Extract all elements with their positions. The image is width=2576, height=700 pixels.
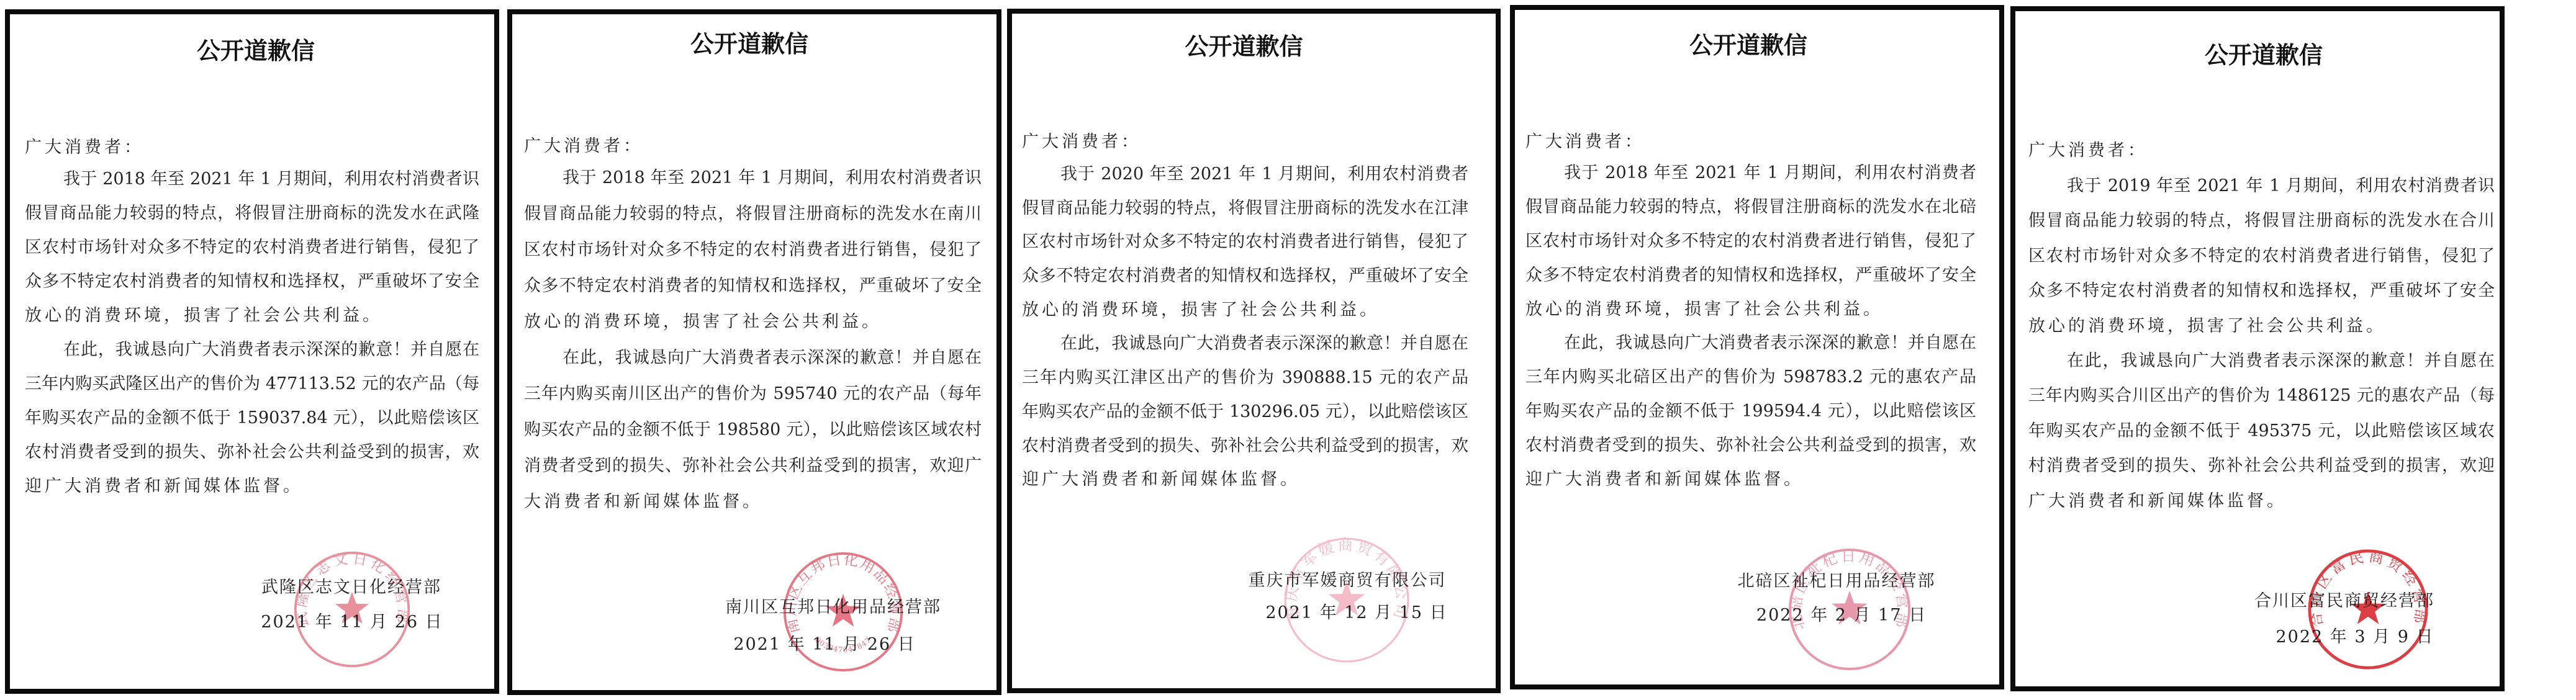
- body-line: 我于 2020 年至 2021 年 1 月期间，利用农村消费者识别: [1022, 158, 1468, 192]
- apology-letter-wulong: 公开道歉信 广大消费者： 我于 2018 年至 2021 年 1 月期间，利用农…: [5, 9, 499, 694]
- letter-title: 公开道歉信: [507, 29, 992, 60]
- body-line: 广大消费者和新闻媒体监督。: [2028, 484, 2495, 519]
- body-line: 迎广大消费者和新闻媒体监督。: [25, 469, 479, 503]
- body-line: 三年内购买合川区出产的售价为 1486125 元的惠农产品（每: [2028, 379, 2495, 413]
- seal-text: 重庆市军媛商贸有限公司: [1283, 536, 1411, 623]
- paragraph-2: 在此，我诚恳向广大消费者表示深深的歉意！并自愿在 三年内购买江津区出产的售价为 …: [1022, 327, 1468, 496]
- company-seal: 北碚区祉杞日用品经营部: [1787, 547, 1912, 671]
- body-line: 迎广大消费者和新闻媒体监督。: [1525, 463, 1976, 497]
- company-seal: 重庆市军媛商贸有限公司: [1283, 536, 1411, 664]
- body-line: 在此，我诚恳向广大消费者表示深深的歉意！并自愿在: [1525, 326, 1976, 361]
- body-line: 众多不特定农村消费者的知情权和选择权，严重破坏了安全: [25, 264, 479, 298]
- body-line: 农村消费者受到的损失、弥补社会公共利益受到的损害，欢: [1525, 429, 1976, 463]
- body-line: 三年内购买北碚区出产的售价为 598783.2 元的惠农产品（每: [1525, 361, 1976, 395]
- letter-body: 我于 2020 年至 2021 年 1 月期间，利用农村消费者识别 假冒商品能力…: [1022, 158, 1468, 497]
- body-line: 众多不特定农村消费者的知情权和选择权，严重破坏了安全: [524, 268, 982, 304]
- paragraph-1: 我于 2020 年至 2021 年 1 月期间，利用农村消费者识别 假冒商品能力…: [1022, 158, 1468, 327]
- paragraph-2: 在此，我诚恳向广大消费者表示深深的歉意！并自愿在 三年内购买南川区出产的售价为 …: [524, 340, 982, 520]
- body-line: 假冒商品能力较弱的特点，将假冒注册商标的洗发水在南川: [524, 196, 982, 232]
- body-line: 假冒商品能力较弱的特点，将假冒注册商标的洗发水在北碚: [1525, 191, 1976, 225]
- company-seal: 南川区互邦日化用品经营部 003847047847: [782, 551, 904, 673]
- apology-letter-nanchuan: 公开道歉信 广大消费者： 我于 2018 年至 2021 年 1 月期间，利用农…: [507, 9, 1001, 695]
- body-line: 假冒商品能力较弱的特点，将假冒注册商标的洗发水在江津: [1022, 192, 1468, 226]
- body-line: 我于 2018 年至 2021 年 1 月期间，利用农村消费者识别: [1525, 156, 1976, 191]
- body-line: 年购买农产品的金额不低于 130296.05 元），以此赔偿该区域: [1022, 395, 1468, 429]
- body-line: 农村消费者受到的损失、弥补社会公共利益受到的损害，欢: [25, 435, 479, 469]
- body-line: 我于 2019 年至 2021 年 1 月期间，利用农村消费者识别: [2028, 169, 2495, 204]
- body-line: 放心的消费环境，损害了社会公共利益。: [1022, 294, 1468, 328]
- body-line: 我于 2018 年至 2021 年 1 月期间，利用农村消费者识别: [25, 162, 479, 196]
- letter-greeting: 广大消费者：: [1022, 125, 1141, 159]
- letter-greeting: 广大消费者：: [2028, 133, 2148, 168]
- body-line: 大消费者和新闻媒体监督。: [524, 484, 982, 520]
- body-line: 三年内购买武隆区出产的售价为 477113.52 元的农产品（每: [25, 367, 479, 401]
- body-line: 消费者受到的损失、弥补社会公共利益受到的损害，欢迎广: [524, 448, 982, 484]
- seal-text-arc: 南川区互邦日化用品经营部: [782, 551, 904, 635]
- seal-text-arc: 北碚区祉杞日用品经营部: [1787, 547, 1912, 632]
- letter-greeting: 广大消费者：: [524, 128, 643, 164]
- body-line: 我于 2018 年至 2021 年 1 月期间，利用农村消费者识别: [524, 160, 982, 196]
- body-line: 假冒商品能力较弱的特点，将假冒注册商标的洗发水在武隆: [25, 196, 479, 230]
- seal-code: 003847047847: [813, 635, 873, 654]
- letter-body: 我于 2018 年至 2021 年 1 月期间，利用农村消费者识别 假冒商品能力…: [1525, 156, 1976, 497]
- letter-title: 公开道歉信: [1510, 30, 1991, 61]
- paragraph-2: 在此，我诚恳向广大消费者表示深深的歉意！并自愿在 三年内购买北碚区出产的售价为 …: [1525, 326, 1976, 496]
- body-line: 三年内购买南川区出产的售价为 595740 元的农产品（每年: [524, 376, 982, 412]
- body-line: 放心的消费环境，损害了社会公共利益。: [1525, 293, 1976, 327]
- body-line: 购买农产品的金额不低于 198580 元），以此赔偿该区域农村: [524, 412, 982, 448]
- body-line: 放心的消费环境，损害了社会公共利益。: [524, 304, 982, 340]
- body-line: 放心的消费环境，损害了社会公共利益。: [2028, 309, 2495, 344]
- paragraph-1: 我于 2018 年至 2021 年 1 月期间，利用农村消费者识别 假冒商品能力…: [1525, 156, 1976, 326]
- body-line: 在此，我诚恳向广大消费者表示深深的歉意！并自愿在: [25, 333, 479, 367]
- body-line: 年购买农产品的金额不低于 199594.4 元），以此赔偿该区域: [1525, 395, 1976, 429]
- body-line: 区农村市场针对众多不特定的农村消费者进行销售，侵犯了: [25, 230, 479, 264]
- letter-body: 我于 2018 年至 2021 年 1 月期间，利用农村消费者识别 假冒商品能力…: [25, 162, 479, 503]
- seal-text: 南川区互邦日化用品经营部: [782, 551, 904, 635]
- body-line: 区农村市场针对众多不特定的农村消费者进行销售，侵犯了: [524, 232, 982, 268]
- body-line: 村消费者受到的损失、弥补社会公共利益受到的损害，欢迎: [2028, 449, 2495, 483]
- body-line: 众多不特定农村消费者的知情权和选择权，严重破坏了安全: [1022, 259, 1468, 294]
- body-line: 农村消费者受到的损失、弥补社会公共利益受到的损害，欢: [1022, 429, 1468, 464]
- body-line: 区农村市场针对众多不特定的农村消费者进行销售，侵犯了: [1022, 225, 1468, 259]
- body-line: 年购买农产品的金额不低于 159037.84 元），以此赔偿该区域: [25, 401, 479, 435]
- body-line: 三年内购买江津区出产的售价为 390888.15 元的农产品（每: [1022, 361, 1468, 395]
- paragraph-2: 在此，我诚恳向广大消费者表示深深的歉意！并自愿在 三年内购买武隆区出产的售价为 …: [25, 333, 479, 503]
- letter-title: 公开道歉信: [1007, 31, 1486, 62]
- body-line: 众多不特定农村消费者的知情权和选择权，严重破坏了安全: [2028, 274, 2495, 308]
- apology-letter-hechuan: 公开道歉信 广大消费者： 我于 2019 年至 2021 年 1 月期间，利用农…: [2010, 6, 2505, 691]
- body-line: 区农村市场针对众多不特定的农村消费者进行销售，侵犯了: [2028, 239, 2495, 274]
- letter-body: 我于 2019 年至 2021 年 1 月期间，利用农村消费者识别 假冒商品能力…: [2028, 169, 2495, 519]
- seal-text-arc: 重庆市军媛商贸有限公司: [1283, 536, 1411, 623]
- body-line: 放心的消费环境，损害了社会公共利益。: [25, 298, 479, 333]
- star-icon: [826, 594, 861, 627]
- seal-text: 北碚区祉杞日用品经营部: [1787, 547, 1912, 632]
- letter-title: 公开道歉信: [14, 35, 498, 66]
- body-line: 众多不特定农村消费者的知情权和选择权，严重破坏了安全: [1525, 259, 1976, 293]
- paragraph-1: 我于 2018 年至 2021 年 1 月期间，利用农村消费者识别 假冒商品能力…: [524, 160, 982, 340]
- letter-title: 公开道歉信: [2022, 40, 2505, 71]
- apology-letter-jiangjin: 公开道歉信 广大消费者： 我于 2020 年至 2021 年 1 月期间，利用农…: [1007, 9, 1501, 693]
- body-line: 区农村市场针对众多不特定的农村消费者进行销售，侵犯了: [1525, 225, 1976, 259]
- letter-greeting: 广大消费者：: [25, 130, 144, 164]
- company-seal: 合川区富民商贸经营部: [2307, 549, 2429, 670]
- star-icon: [335, 592, 369, 624]
- letter-greeting: 广大消费者：: [1525, 125, 1645, 159]
- body-line: 在此，我诚恳向广大消费者表示深深的歉意！并自愿在: [2028, 344, 2495, 379]
- body-line: 在此，我诚恳向广大消费者表示深深的歉意！并自愿在: [524, 340, 982, 376]
- body-line: 迎广大消费者和新闻媒体监督。: [1022, 463, 1468, 497]
- letter-body: 我于 2018 年至 2021 年 1 月期间，利用农村消费者识别 假冒商品能力…: [524, 160, 982, 520]
- body-line: 年购买农产品的金额不低于 495375 元，以此赔偿该区域农: [2028, 414, 2495, 449]
- star-icon: [2351, 591, 2385, 624]
- star-icon: [1832, 591, 1867, 624]
- paragraph-2: 在此，我诚恳向广大消费者表示深深的歉意！并自愿在 三年内购买合川区出产的售价为 …: [2028, 344, 2495, 519]
- body-line: 在此，我诚恳向广大消费者表示深深的歉意！并自愿在: [1022, 327, 1468, 361]
- seal-code-arc: 003847047847: [813, 635, 873, 654]
- star-icon: [1329, 581, 1365, 616]
- apology-letter-beibei: 公开道歉信 广大消费者： 我于 2018 年至 2021 年 1 月期间，利用农…: [1510, 5, 2004, 689]
- company-seal: 武隆区志文日化经营部: [293, 550, 411, 668]
- paragraph-1: 我于 2018 年至 2021 年 1 月期间，利用农村消费者识别 假冒商品能力…: [25, 162, 479, 333]
- body-line: 假冒商品能力较弱的特点，将假冒注册商标的洗发水在合川: [2028, 204, 2495, 238]
- paragraph-1: 我于 2019 年至 2021 年 1 月期间，利用农村消费者识别 假冒商品能力…: [2028, 169, 2495, 344]
